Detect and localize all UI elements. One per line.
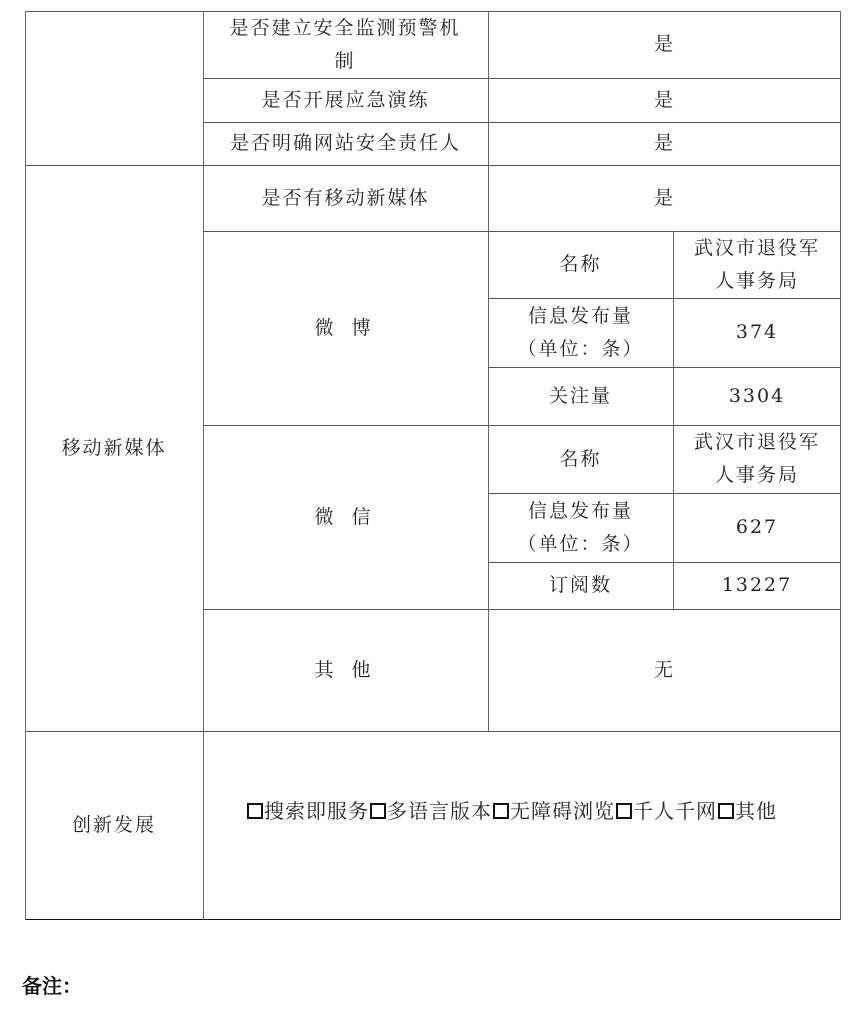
remarks-label: 备注： [22, 970, 82, 999]
responsible-label: 是否明确网站安全责任人 [203, 122, 488, 165]
innovation-options: 搜索即服务 多语言版本 无障碍浏览 千人千网 其他 [203, 731, 841, 891]
weibo-name-value-text: 武汉市退役军人事务局 [687, 232, 827, 298]
checkbox-search-as-service[interactable] [247, 803, 263, 819]
drill-label: 是否开展应急演练 [203, 78, 488, 122]
monitoring-value: 是 [488, 11, 841, 78]
checkbox-personalized[interactable] [616, 803, 632, 819]
wechat-subs-label: 订阅数 [488, 562, 673, 609]
wechat-subs-value: 13227 [673, 562, 841, 609]
weibo-label-text: 微 博 [314, 312, 376, 345]
wechat-subs-value-text: 13227 [722, 569, 792, 602]
option-label: 其他 [735, 795, 777, 828]
wechat-name-value: 武汉市退役军人事务局 [673, 425, 841, 493]
mobile-media-section-text: 移动新媒体 [61, 432, 166, 465]
has-mobile-value: 是 [488, 165, 841, 231]
innovation-section-label: 创新发展 [25, 731, 203, 920]
other-label: 其 他 [203, 609, 488, 731]
has-mobile-label: 是否有移动新媒体 [203, 165, 488, 231]
weibo-posts-value-text: 374 [736, 316, 778, 349]
weibo-name-value: 武汉市退役军人事务局 [673, 231, 841, 298]
weibo-label: 微 博 [203, 231, 488, 425]
weibo-name-label: 名称 [488, 231, 673, 298]
weibo-followers-value-text: 3304 [729, 380, 785, 413]
other-value-text: 无 [654, 654, 675, 687]
has-mobile-value-text: 是 [654, 182, 675, 215]
drill-value-text: 是 [654, 84, 675, 117]
other-value: 无 [488, 609, 841, 731]
checkbox-accessibility[interactable] [493, 803, 509, 819]
wechat-posts-value-text: 627 [736, 511, 778, 544]
responsible-value: 是 [488, 122, 841, 165]
weibo-followers-label: 关注量 [488, 367, 673, 425]
responsible-value-text: 是 [654, 127, 675, 160]
checkbox-other[interactable] [718, 803, 734, 819]
option-label: 多语言版本 [387, 795, 492, 828]
other-label-text: 其 他 [314, 654, 376, 687]
wechat-label: 微 信 [203, 425, 488, 609]
weibo-name-label-text: 名称 [559, 248, 601, 281]
checkbox-multilingual[interactable] [370, 803, 386, 819]
option-label: 无障碍浏览 [510, 795, 615, 828]
monitoring-label: 是否建立安全监测预警机制 [225, 12, 465, 78]
weibo-posts-value: 374 [673, 298, 841, 367]
option-label: 千人千网 [633, 795, 717, 828]
weibo-followers-label-text: 关注量 [549, 380, 612, 413]
monitoring-label-text: 是否建立安全监测预警机制 [225, 12, 465, 78]
has-mobile-label-text: 是否有移动新媒体 [261, 182, 429, 215]
wechat-posts-label: 信息发布量（单位：条） [488, 493, 673, 562]
wechat-posts-value: 627 [673, 493, 841, 562]
weibo-posts-label: 信息发布量（单位：条） [488, 298, 673, 367]
monitoring-value-text: 是 [654, 28, 675, 61]
responsible-label-text: 是否明确网站安全责任人 [230, 127, 461, 160]
wechat-name-label: 名称 [488, 425, 673, 493]
innovation-section-text: 创新发展 [72, 809, 156, 842]
wechat-label-text: 微 信 [314, 501, 376, 534]
mobile-media-section-label: 移动新媒体 [25, 165, 203, 731]
option-label: 搜索即服务 [264, 795, 369, 828]
wechat-subs-label-text: 订阅数 [549, 569, 612, 602]
wechat-posts-label-text: 信息发布量（单位：条） [516, 495, 645, 561]
wechat-name-value-text: 武汉市退役军人事务局 [687, 426, 827, 492]
weibo-posts-label-text: 信息发布量（单位：条） [516, 300, 645, 366]
drill-value: 是 [488, 78, 841, 122]
wechat-name-label-text: 名称 [559, 443, 601, 476]
drill-label-text: 是否开展应急演练 [261, 84, 429, 117]
innovation-option-list: 搜索即服务 多语言版本 无障碍浏览 千人千网 其他 [246, 795, 777, 828]
weibo-followers-value: 3304 [673, 367, 841, 425]
